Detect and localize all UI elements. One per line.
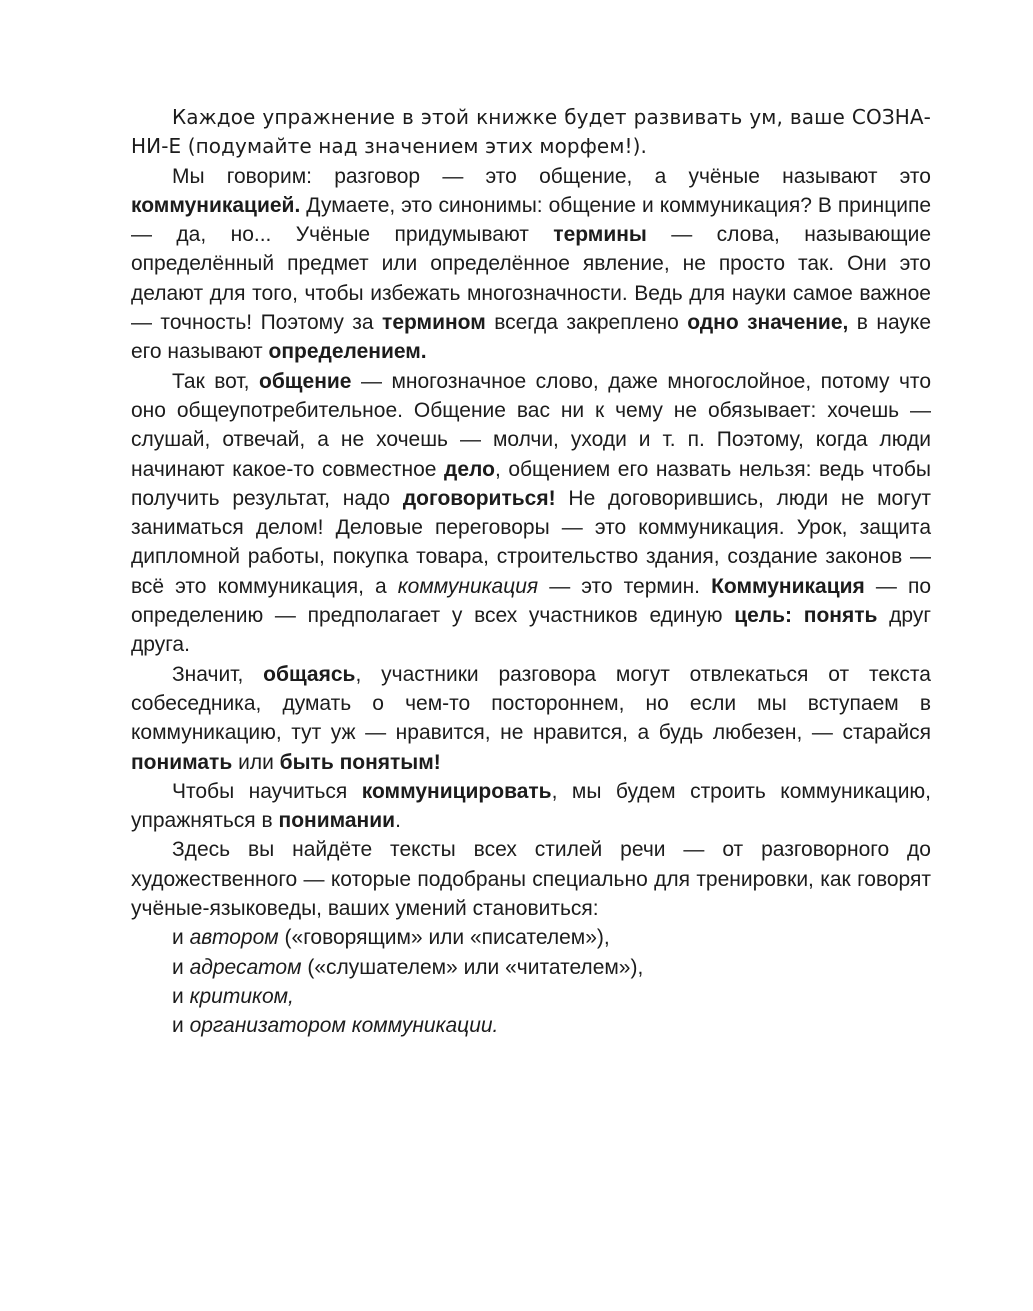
text-segment: понимать	[131, 751, 232, 774]
paragraph: Чтобы научиться коммуницировать, мы буде…	[131, 777, 931, 836]
text-segment: Мы говорим: разговор — это общение, а уч…	[172, 165, 931, 188]
text-segment: и	[172, 926, 190, 949]
paragraph: Так вот, общение — многозначное слово, д…	[131, 367, 931, 660]
text-segment: Значит,	[172, 663, 263, 686]
text-segment: («слушателем» или «читателем»),	[302, 956, 644, 979]
list-item: и адресатом («слушателем» или «читателем…	[131, 953, 931, 982]
text-segment: адресатом	[190, 956, 302, 979]
text-segment: всегда закреплено	[486, 311, 688, 334]
text-segment: критиком,	[190, 985, 294, 1008]
text-segment: .	[395, 809, 401, 832]
text-segment: коммуникацией.	[131, 194, 300, 217]
list-item: и автором («говорящим» или «писателем»),	[131, 923, 931, 952]
paragraph: Значит, общаясь, участники разговора мог…	[131, 660, 931, 777]
paragraph: Каждое упражнение в этой книжке будет ра…	[131, 103, 931, 162]
text-segment: и	[172, 1014, 190, 1037]
text-segment: — это термин.	[538, 575, 711, 598]
page-text: Каждое упражнение в этой книжке будет ра…	[131, 103, 931, 1041]
book-page: Каждое упражнение в этой книжке будет ра…	[0, 0, 1033, 1311]
text-segment: автором	[190, 926, 279, 949]
text-segment: или	[232, 751, 279, 774]
text-segment: и	[172, 985, 190, 1008]
text-segment: организатором коммуникации.	[190, 1014, 499, 1037]
list-item: и критиком,	[131, 982, 931, 1011]
text-segment: быть понятым!	[280, 751, 441, 774]
text-segment: термины	[553, 223, 647, 246]
text-segment: и	[172, 956, 190, 979]
text-segment: («говорящим» или «писателем»),	[279, 926, 610, 949]
text-segment: термином	[382, 311, 486, 334]
text-segment: Каждое упражнение в этой книжке будет ра…	[131, 105, 931, 158]
text-segment: коммуникация	[398, 575, 538, 598]
text-segment: одно значение,	[687, 311, 848, 334]
text-segment: общение	[259, 370, 351, 393]
list-item: и организатором коммуникации.	[131, 1011, 931, 1040]
text-segment: Чтобы научиться	[172, 780, 362, 803]
paragraph: Здесь вы найдёте тексты всех стилей речи…	[131, 835, 931, 923]
text-segment: общаясь	[263, 663, 355, 686]
text-segment: Здесь вы найдёте тексты всех стилей речи…	[131, 838, 931, 920]
paragraph: Мы говорим: разговор — это общение, а уч…	[131, 162, 931, 367]
text-segment: договориться!	[403, 487, 556, 510]
text-segment: Коммуникация	[711, 575, 865, 598]
text-segment: определением.	[269, 340, 427, 363]
text-segment: цель: понять	[734, 604, 877, 627]
text-segment: коммуницировать	[362, 780, 552, 803]
text-segment: Так вот,	[172, 370, 259, 393]
text-segment: дело	[444, 458, 495, 481]
text-segment: понимании	[279, 809, 396, 832]
